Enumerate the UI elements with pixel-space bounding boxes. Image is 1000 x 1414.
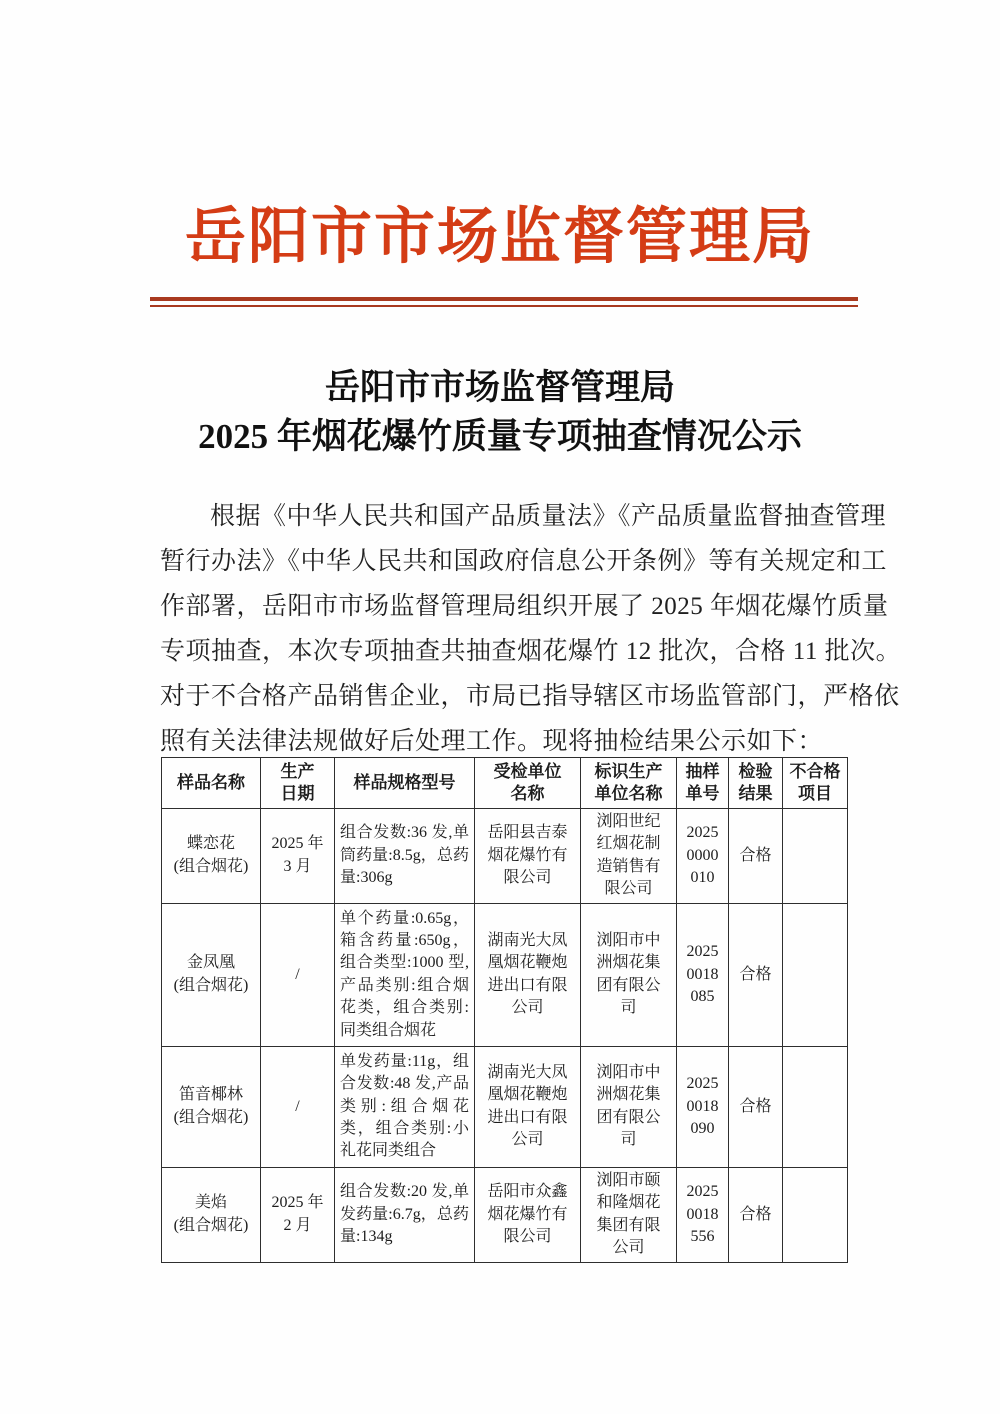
col-header-defect-items: 不合格 项目	[783, 758, 848, 809]
table-row: 美焰 (组合烟花)2025 年 2 月组合发数:20 发,单发药量:6.7g，总…	[162, 1167, 848, 1262]
col-header-inspected-unit: 受检单位 名称	[475, 758, 581, 809]
cell-producer: 浏阳世纪红烟花制造销售有限公司	[581, 809, 677, 904]
cell-inspected-unit: 湖南光大凤凰烟花鞭炮进出口有限公司	[475, 903, 581, 1046]
cell-result: 合格	[729, 903, 783, 1046]
cell-defect-items	[783, 1046, 848, 1167]
col-header-sample-no: 抽样 单号	[677, 758, 729, 809]
col-header-producer: 标识生产 单位名称	[581, 758, 677, 809]
cell-production-date: /	[261, 1046, 335, 1167]
document-title-line1: 岳阳市市场监督管理局	[0, 363, 1000, 412]
cell-defect-items	[783, 809, 848, 904]
table-row: 笛音椰林 (组合烟花)/单发药量:11g，组合发数:48 发,产品类别:组合烟花…	[162, 1046, 848, 1167]
cell-sample-name: 笛音椰林 (组合烟花)	[162, 1046, 261, 1167]
cell-result: 合格	[729, 1046, 783, 1167]
inspection-results-table: 样品名称生产 日期样品规格型号受检单位 名称标识生产 单位名称抽样 单号检验 结…	[161, 757, 848, 1263]
cell-sample-no: 2025 0018 090	[677, 1046, 729, 1167]
intro-line: 对于不合格产品销售企业，市局已指导辖区市场监管部门，严格依	[160, 674, 850, 719]
document-title: 岳阳市市场监督管理局 2025 年烟花爆竹质量专项抽查情况公示	[0, 363, 1000, 461]
cell-producer: 浏阳市中洲烟花集团有限公司	[581, 903, 677, 1046]
intro-line: 根据《中华人民共和国产品质量法》《产品质量监督抽查管理	[160, 494, 850, 539]
cell-sample-no: 2025 0018 556	[677, 1167, 729, 1262]
cell-sample-name: 蝶恋花 (组合烟花)	[162, 809, 261, 904]
intro-line: 作部署，岳阳市市场监督管理局组织开展了 2025 年烟花爆竹质量	[160, 584, 850, 629]
col-header-spec: 样品规格型号	[335, 758, 475, 809]
intro-line: 专项抽查，本次专项抽查共抽查烟花爆竹 12 批次，合格 11 批次。	[160, 629, 850, 674]
document-page: 岳阳市市场监督管理局 岳阳市市场监督管理局 2025 年烟花爆竹质量专项抽查情况…	[0, 0, 1000, 1414]
col-header-result: 检验 结果	[729, 758, 783, 809]
cell-production-date: 2025 年 3 月	[261, 809, 335, 904]
divider-line-thin	[150, 305, 858, 307]
table-header: 样品名称生产 日期样品规格型号受检单位 名称标识生产 单位名称抽样 单号检验 结…	[162, 758, 848, 809]
cell-sample-no: 2025 0000 010	[677, 809, 729, 904]
table-body: 蝶恋花 (组合烟花)2025 年 3 月组合发数:36 发,单筒药量:8.5g，…	[162, 809, 848, 1263]
header-row: 样品名称生产 日期样品规格型号受检单位 名称标识生产 单位名称抽样 单号检验 结…	[162, 758, 848, 809]
cell-spec: 单个药量:0.65g，箱含药量:650g，组合类型:1000 型,产品类别:组合…	[335, 903, 475, 1046]
cell-production-date: 2025 年 2 月	[261, 1167, 335, 1262]
cell-inspected-unit: 湖南光大凤凰烟花鞭炮进出口有限公司	[475, 1046, 581, 1167]
cell-producer: 浏阳市中洲烟花集团有限公司	[581, 1046, 677, 1167]
cell-sample-name: 金凤凰 (组合烟花)	[162, 903, 261, 1046]
cell-producer: 浏阳市颐和隆烟花集团有限公司	[581, 1167, 677, 1262]
cell-sample-no: 2025 0018 085	[677, 903, 729, 1046]
cell-defect-items	[783, 903, 848, 1046]
col-header-production-date: 生产 日期	[261, 758, 335, 809]
cell-production-date: /	[261, 903, 335, 1046]
col-header-sample-name: 样品名称	[162, 758, 261, 809]
table-row: 金凤凰 (组合烟花)/单个药量:0.65g，箱含药量:650g，组合类型:100…	[162, 903, 848, 1046]
cell-result: 合格	[729, 809, 783, 904]
cell-result: 合格	[729, 1167, 783, 1262]
document-title-line2: 2025 年烟花爆竹质量专项抽查情况公示	[0, 412, 1000, 461]
table-row: 蝶恋花 (组合烟花)2025 年 3 月组合发数:36 发,单筒药量:8.5g，…	[162, 809, 848, 904]
cell-spec: 组合发数:36 发,单筒药量:8.5g，总药量:306g	[335, 809, 475, 904]
cell-spec: 单发药量:11g，组合发数:48 发,产品类别:组合烟花类，组合类别:小礼花同类…	[335, 1046, 475, 1167]
cell-spec: 组合发数:20 发,单发药量:6.7g，总药量:134g	[335, 1167, 475, 1262]
letterhead-title: 岳阳市市场监督管理局	[0, 198, 1000, 278]
cell-sample-name: 美焰 (组合烟花)	[162, 1167, 261, 1262]
cell-defect-items	[783, 1167, 848, 1262]
intro-paragraph: 根据《中华人民共和国产品质量法》《产品质量监督抽查管理暂行办法》《中华人民共和国…	[160, 494, 850, 764]
divider-line-thick	[150, 297, 858, 301]
cell-inspected-unit: 岳阳县吉泰烟花爆竹有限公司	[475, 809, 581, 904]
cell-inspected-unit: 岳阳市众鑫烟花爆竹有限公司	[475, 1167, 581, 1262]
intro-line: 暂行办法》《中华人民共和国政府信息公开条例》等有关规定和工	[160, 539, 850, 584]
